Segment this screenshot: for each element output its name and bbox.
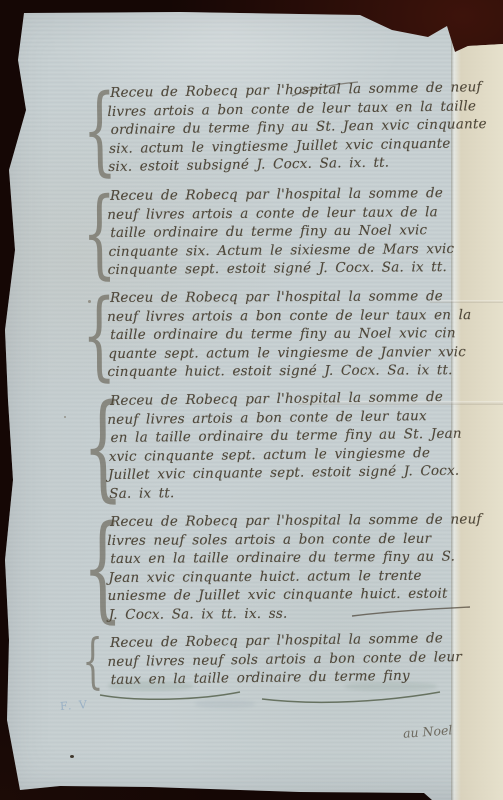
text-line: cinquante sept. estoit signé J. Cocx. Sa… bbox=[108, 257, 471, 279]
text-line: Receu de Robecq par l'hospital la somme … bbox=[110, 510, 470, 531]
pencil-folio-mark: F. V bbox=[60, 698, 90, 713]
ink-speck bbox=[88, 300, 91, 303]
text-line: Jean xvic cinquante huict. actum le tren… bbox=[108, 565, 470, 586]
paragraph: {Receu de Robecq par l'hospital la somme… bbox=[108, 183, 471, 279]
text-line: Receu de Robecq par l'hospital la somme … bbox=[110, 287, 470, 307]
text-line: taille ordinaire du terme finy au Noel x… bbox=[110, 324, 470, 344]
paragraph: {Receu de Robecq par l'hospital la somme… bbox=[108, 510, 471, 624]
paragraph: {Receu de Robecq par l'hospital la somme… bbox=[108, 628, 471, 689]
ink-speck bbox=[70, 755, 74, 758]
text-line: livres neuf soles artois a bon conte de … bbox=[107, 528, 470, 549]
catchword: au Noel bbox=[403, 722, 453, 740]
text-line: taille ordinaire du terme finy au Noel x… bbox=[110, 220, 470, 242]
text-line: Receu de Robecq par l'hospital la somme … bbox=[110, 183, 470, 205]
paragraph-brace-mark: { bbox=[82, 632, 104, 692]
manuscript-text: {Receu de Robecq par l'hospital la somme… bbox=[108, 84, 470, 699]
text-line: uniesme de Juillet xvic cinquante huict.… bbox=[108, 584, 471, 605]
text-line: cinquante huict. estoit signé J. Cocx. S… bbox=[107, 361, 470, 381]
paragraph: {Receu de Robecq par l'hospital la somme… bbox=[108, 78, 471, 176]
text-line: cinquante six. Actum le sixiesme de Mars… bbox=[108, 239, 470, 261]
text-line: taux en la taille ordinaire du terme fin… bbox=[110, 547, 470, 568]
text-line: neuf livres artois a conte de leur taux … bbox=[107, 202, 470, 224]
manuscript-photo: {Receu de Robecq par l'hospital la somme… bbox=[0, 0, 503, 800]
ink-speck bbox=[64, 416, 66, 418]
text-line: Juillet xvic cinquante sept. estoit sign… bbox=[108, 461, 471, 484]
ink-bleedthrough-smudge bbox=[195, 700, 255, 708]
paragraph: {Receu de Robecq par l'hospital la somme… bbox=[108, 387, 471, 502]
paragraph: {Receu de Robecq par l'hospital la somme… bbox=[108, 287, 470, 381]
text-line: quante sept. actum le vingiesme de Janvi… bbox=[108, 343, 470, 363]
text-line: J. Cocx. Sa. ix tt. ix. ss. bbox=[109, 602, 471, 623]
paper-sheet: {Receu de Robecq par l'hospital la somme… bbox=[0, 0, 503, 800]
text-line: neuf livres artois a bon conte de leur t… bbox=[107, 306, 470, 326]
